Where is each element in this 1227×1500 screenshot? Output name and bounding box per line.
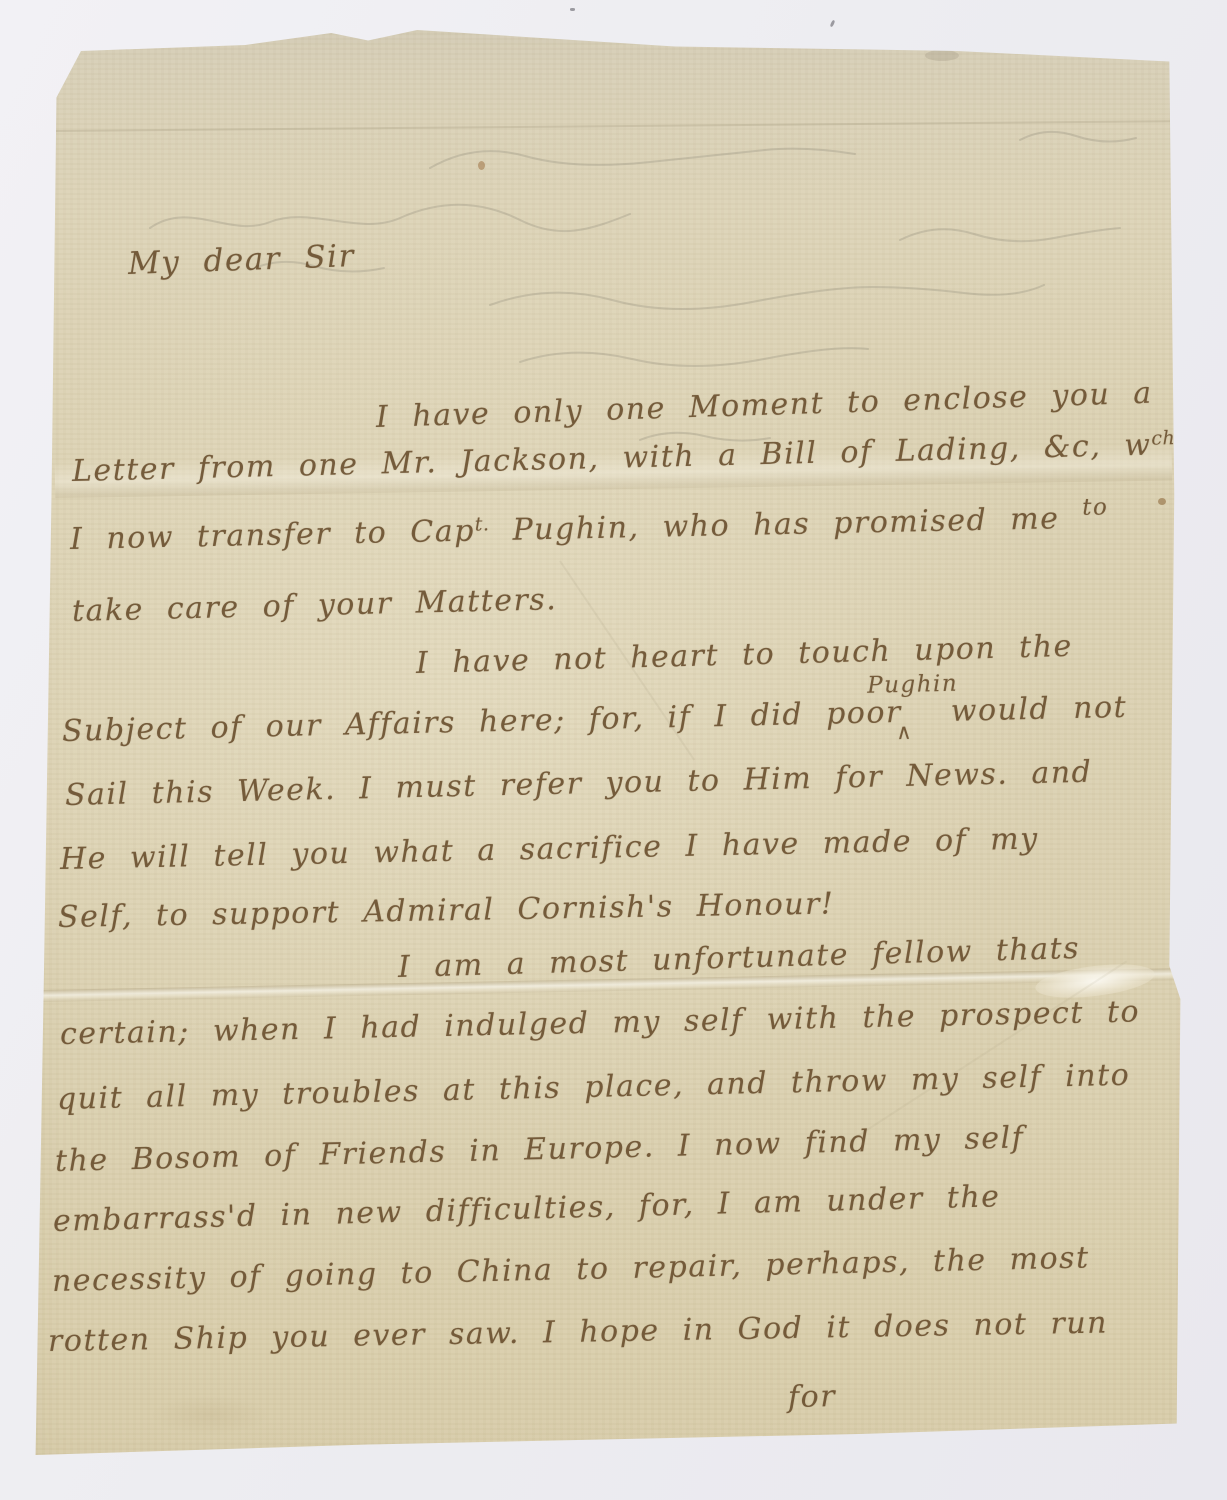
letter-line: the Bosom of Friends in Europe. I now fi… [55,1120,1025,1179]
letter-line: Self, to support Admiral Cornish's Honou… [58,886,835,935]
letter-line: rotten Ship you ever saw. I hope in God … [48,1306,1109,1359]
dust-speck [830,20,836,28]
letter-line: I have not heart to touch upon the [416,629,1074,681]
letter-line: He will tell you what a sacrifice I have… [60,822,1039,877]
letter-line: certain; when I had indulged my self wit… [60,994,1141,1052]
dust-speck [570,8,575,11]
letter-line: embarrass'd in new difficulties, for, I … [53,1179,1001,1239]
letter-line: Subject of our Affairs here; for, if I d… [62,690,1128,749]
letter-line: I have only one Moment to enclose you a [375,376,1153,435]
superscript: ch. [1151,427,1182,450]
superscript: t. [474,513,489,535]
caret-mark: ∧ [896,720,913,744]
letter-line: necessity of going to China to repair, p… [52,1240,1090,1299]
letter-line: Letter from one Mr. Jackson, with a Bill… [72,427,1183,489]
salutation-text: My dear Sir [127,238,355,282]
photograph-background: My dear Sir I have only one Moment to en… [0,0,1227,1500]
raised-word: to [1082,494,1109,521]
letter-line: quit all my troubles at this place, and … [57,1058,1131,1117]
salutation-line: My dear Sir [127,238,355,282]
letter-line: I am a most unfortunate fellow thats [398,931,1081,985]
catchword-line: for [788,1379,837,1415]
letter-line: Sail this Week. I must refer you to Him … [65,755,1093,813]
caret-insertion: Pughin∧ [902,711,928,722]
letter-text: My dear Sir I have only one Moment to en… [0,0,1227,1500]
letter-paper: My dear Sir I have only one Moment to en… [0,0,1227,1500]
letter-line: I now transfer to Capt. Pughin, who has … [70,500,1109,557]
letter-line: take care of your Matters. [72,582,558,629]
